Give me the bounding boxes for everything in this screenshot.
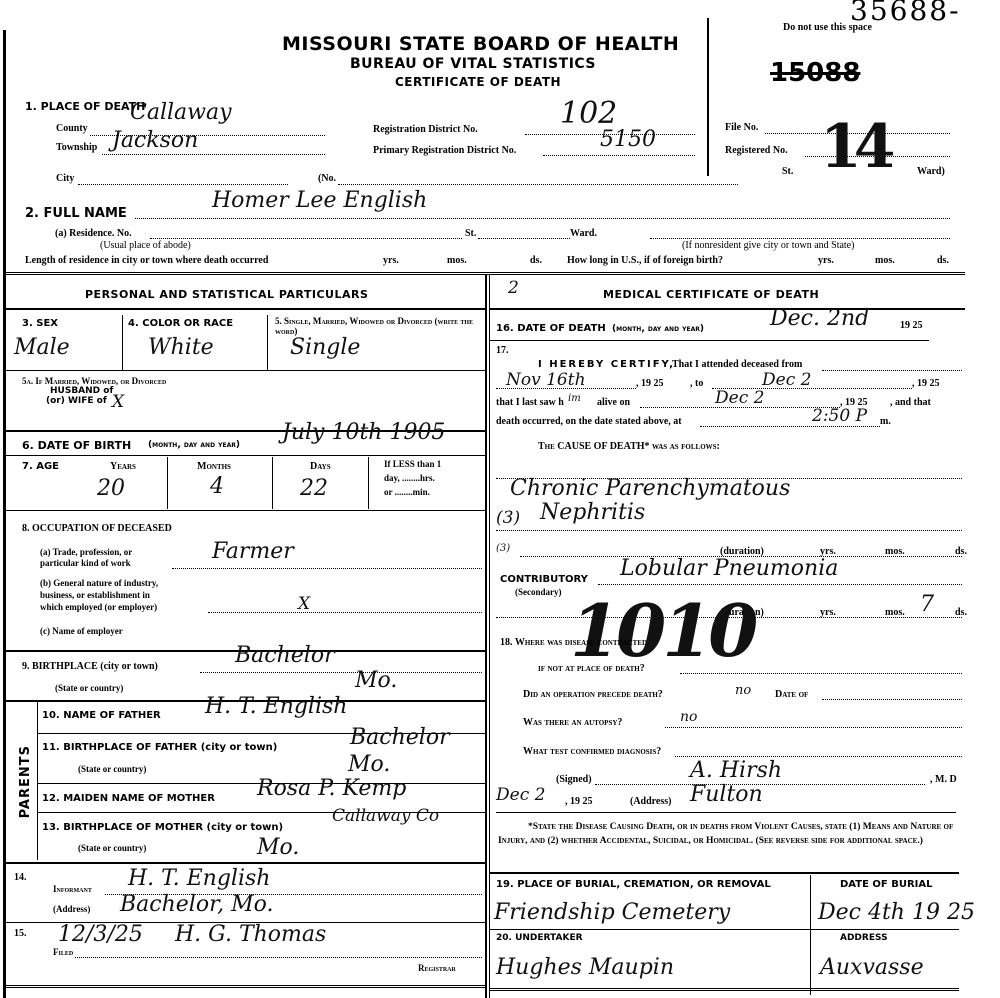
medical-section-title: MEDICAL CERTIFICATE OF DEATH <box>603 288 819 301</box>
months-label: Months <box>197 461 231 472</box>
industry-label-2: business, or establishment in <box>40 590 150 600</box>
alive-on[interactable]: Dec 2 <box>715 388 764 408</box>
duration-prefix: (3) <box>496 543 510 554</box>
contributory-days[interactable]: 7 <box>920 592 934 617</box>
reg-district-value[interactable]: 102 <box>560 96 617 131</box>
operation-label: Did an operation precede death? <box>523 689 663 700</box>
spouse-value[interactable]: X <box>112 392 124 412</box>
undertaker-label: 20. UNDERTAKER <box>496 933 583 943</box>
ward-label: Ward) <box>917 166 945 177</box>
dob-label: 6. DATE OF BIRTH <box>22 439 131 452</box>
to-label: , to <box>690 378 703 389</box>
test-label: What test confirmed diagnosis? <box>523 746 661 757</box>
certify-text: That I attended deceased from <box>672 359 802 370</box>
if-not-label: if not at place of death? <box>538 663 645 674</box>
time-of-death[interactable]: 2:50 P <box>812 406 867 426</box>
sex-value[interactable]: Male <box>14 335 70 360</box>
days-label: Days <box>310 461 331 472</box>
form-name: CERTIFICATE OF DEATH <box>395 75 561 89</box>
undertaker-address[interactable]: Auxvasse <box>820 955 924 980</box>
abode-label: (Usual place of abode) <box>100 240 191 251</box>
place-of-death-label: 1. PLACE OF DEATH <box>25 100 145 113</box>
duration-ds: ds. <box>955 546 967 557</box>
residence-ward-label: Ward. <box>570 228 597 239</box>
less-than-label: If LESS than 1 <box>384 459 441 469</box>
foreign-mos-label: mos. <box>875 255 895 266</box>
duration-ds-2: ds. <box>955 607 967 618</box>
item-17-num: 17. <box>496 345 509 356</box>
occurred-label: death occurred, on the date stated above… <box>496 416 682 427</box>
primary-reg-value[interactable]: 5150 <box>600 127 656 152</box>
yrs-label: yrs. <box>383 255 399 266</box>
full-name-label: 2. FULL NAME <box>25 206 127 221</box>
age-days-value[interactable]: 22 <box>300 476 328 501</box>
attended-from[interactable]: Nov 16th <box>506 370 586 390</box>
filed-num: 15. <box>14 928 27 939</box>
cause-secondary[interactable]: Nephritis <box>540 500 645 525</box>
informant-value[interactable]: H. T. English <box>128 866 270 891</box>
last-saw-label: that I last saw h <box>496 397 564 408</box>
informant-label: Informant <box>53 884 92 894</box>
birthplace-state-value[interactable]: Mo. <box>355 668 397 693</box>
trade-label: (a) Trade, profession, or <box>40 547 132 557</box>
attended-to[interactable]: Dec 2 <box>762 370 811 390</box>
document-title: MISSOURI STATE BOARD OF HEALTH <box>282 33 679 55</box>
residence-label: (a) Residence. No. <box>55 228 132 239</box>
hrs-label: day, ........hrs. <box>384 473 435 483</box>
marital-value[interactable]: Single <box>290 335 360 360</box>
where-contracted-label: 18. Where was disease contracted <box>500 637 647 648</box>
struck-number: 15088 <box>770 58 860 88</box>
dob-value[interactable]: July 10th 1905 <box>282 420 445 445</box>
signed-date[interactable]: Dec 2 <box>496 785 545 805</box>
dob-sub-label: (month, day and year) <box>148 440 240 450</box>
cause-label: The CAUSE OF DEATH* was as follows: <box>538 441 720 452</box>
autopsy-label: Was there an autopsy? <box>523 717 622 728</box>
cause-2-prefix: (3) <box>496 508 520 528</box>
dod-label: 16. DATE OF DEATH <box>496 323 606 334</box>
md-label: , M. D <box>930 774 957 785</box>
age-years-value[interactable]: 20 <box>97 476 125 501</box>
employer-label: (c) Name of employer <box>40 626 123 636</box>
father-birthplace-state[interactable]: Mo. <box>348 752 390 777</box>
informant-address-label: (Address) <box>53 904 90 914</box>
father-birthplace-label: 11. BIRTHPLACE OF FATHER (city or town) <box>42 742 277 753</box>
reg-district-label: Registration District No. <box>373 124 478 135</box>
contributory-label: CONTRIBUTORY <box>500 574 588 585</box>
document-subtitle: BUREAU OF VITAL STATISTICS <box>350 56 596 72</box>
industry-label-3: which employed (or employer) <box>40 602 157 612</box>
signed-label: (Signed) <box>556 774 592 785</box>
signed-year[interactable]: , 19 25 <box>565 796 593 807</box>
township-value[interactable]: Jackson <box>112 128 198 153</box>
duration-yrs-2: yrs. <box>820 607 836 618</box>
age-months-value[interactable]: 4 <box>210 474 224 499</box>
burial-place-value[interactable]: Friendship Cemetery <box>494 900 730 925</box>
duration-mos-2: mos. <box>885 607 905 618</box>
nonresident-label: (If nonresident give city or town and St… <box>682 240 854 251</box>
attended-from-year[interactable]: , 19 25 <box>636 378 664 389</box>
length-residence-label: Length of residence in city or town wher… <box>25 255 268 266</box>
mother-value[interactable]: Rosa P. Kemp <box>257 776 406 801</box>
dod-value[interactable]: Dec. 2nd <box>770 306 869 331</box>
full-name-value[interactable]: Homer Lee English <box>212 188 427 213</box>
county-label: County <box>56 123 88 134</box>
st-label: St. <box>782 166 793 177</box>
informant-num: 14. <box>14 872 27 883</box>
last-saw-him[interactable]: im <box>568 393 581 404</box>
no-label: (No. <box>318 173 336 184</box>
medical-mark: 2 <box>508 278 519 298</box>
trade-value[interactable]: Farmer <box>212 539 294 564</box>
physician-address[interactable]: Fulton <box>690 782 763 807</box>
years-label: Years <box>110 461 136 472</box>
ds-label: ds. <box>530 255 542 266</box>
mos-label: mos. <box>447 255 467 266</box>
father-label: 10. NAME OF FATHER <box>42 710 161 721</box>
birthplace-label: 9. BIRTHPLACE (city or town) <box>22 661 158 672</box>
file-no-label: File No. <box>725 122 758 133</box>
foreign-yrs-label: yrs. <box>818 255 834 266</box>
county-value[interactable]: Callaway <box>130 100 232 125</box>
wife-of-label: (or) WIFE of <box>46 396 107 406</box>
father-birthplace-city[interactable]: Bachelor <box>350 725 450 750</box>
industry-value[interactable]: X <box>298 594 310 614</box>
burial-place-label: 19. PLACE OF BURIAL, CREMATION, OR REMOV… <box>496 879 771 890</box>
physician-address-label: (Address) <box>630 796 671 807</box>
mother-state-label: (State or country) <box>78 843 146 853</box>
occupation-label: 8. OCCUPATION OF DECEASED <box>22 523 172 534</box>
undertaker-value[interactable]: Hughes Maupin <box>496 955 674 980</box>
sex-label: 3. SEX <box>22 318 58 329</box>
operation-value[interactable]: no <box>735 683 751 698</box>
mother-birthplace-city[interactable]: Callaway Co <box>332 806 439 826</box>
spouse-label: 5a. If Married, Widowed, or Divorced <box>22 376 166 386</box>
large-handwritten-mark: 1010 <box>570 588 754 673</box>
foreign-ds-label: ds. <box>937 255 949 266</box>
father-value[interactable]: H. T. English <box>205 694 347 719</box>
secondary-label: (Secondary) <box>515 587 562 597</box>
trade-label-2: particular kind of work <box>40 558 131 568</box>
informant-address[interactable]: Bachelor, Mo. <box>120 892 274 917</box>
burial-date-label: DATE OF BURIAL <box>840 879 933 890</box>
mother-label: 12. MAIDEN NAME OF MOTHER <box>42 793 215 804</box>
race-value[interactable]: White <box>148 335 214 360</box>
autopsy-value[interactable]: no <box>680 709 697 725</box>
cause-primary[interactable]: Chronic Parenchymatous <box>510 476 790 501</box>
foreign-birth-label: How long in U.S., if of foreign birth? <box>567 255 723 266</box>
state-label: (State or country) <box>55 683 123 693</box>
registered-no-label: Registered No. <box>725 145 788 156</box>
husband-of-label: HUSBAND of <box>50 386 113 396</box>
industry-label: (b) General nature of industry, <box>40 578 158 588</box>
primary-reg-label: Primary Registration District No. <box>373 145 516 156</box>
registered-no-value[interactable]: 14 <box>820 112 888 182</box>
attended-to-year[interactable]: , 19 25 <box>912 378 940 389</box>
dod-year[interactable]: 19 25 <box>900 320 923 331</box>
race-label: 4. COLOR OR RACE <box>128 318 233 329</box>
filed-date[interactable]: 12/3/25 <box>58 922 143 947</box>
father-state-label: (State or country) <box>78 764 146 774</box>
min-label: or ........min. <box>384 487 430 497</box>
registrar-signature[interactable]: H. G. Thomas <box>175 922 326 947</box>
date-of-label: Date of <box>775 689 808 700</box>
duration-mos: mos. <box>885 546 905 557</box>
residence-st-label: St. <box>465 228 476 239</box>
dod-sub-label: (month, day and year) <box>612 324 704 334</box>
marital-label: 5. Single, Married, Widowed or Divorced … <box>275 316 475 336</box>
physician-signature[interactable]: A. Hirsh <box>690 758 782 783</box>
registrar-label: Registrar <box>418 963 456 973</box>
burial-date-value[interactable]: Dec 4th 19 25 <box>818 900 975 925</box>
parents-side-label: PARENTS <box>18 745 33 818</box>
city-label: City <box>56 173 74 184</box>
filed-label: Filed <box>53 947 73 957</box>
mother-birthplace-label: 13. BIRTHPLACE OF MOTHER (city or town) <box>42 822 283 833</box>
contributory-value[interactable]: Lobular Pneumonia <box>620 556 838 581</box>
m-label: m. <box>880 416 891 427</box>
undertaker-address-label: ADDRESS <box>840 933 888 943</box>
certify-heading: I HEREBY CERTIFY, <box>538 359 675 370</box>
footnote: *State the Disease Causing Death, or in … <box>498 820 963 848</box>
township-label: Township <box>56 142 97 153</box>
personal-section-title: PERSONAL AND STATISTICAL PARTICULARS <box>85 288 368 301</box>
and-that-label: , and that <box>890 397 931 408</box>
do-not-use-label: Do not use this space <box>783 22 872 33</box>
mother-birthplace-state[interactable]: Mo. <box>257 835 299 860</box>
age-label: 7. AGE <box>22 461 59 472</box>
birthplace-city-value[interactable]: Bachelor <box>235 643 335 668</box>
alive-on-label: alive on <box>597 397 630 408</box>
